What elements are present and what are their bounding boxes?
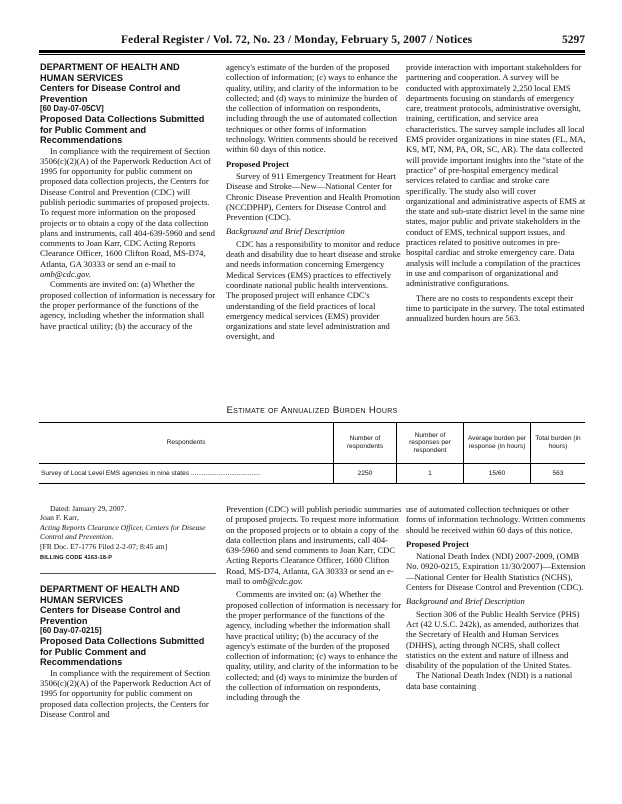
- column-header-respondents: Respondents: [39, 423, 334, 464]
- agency-heading: DEPARTMENT OF HEALTH AND HUMAN SERVICES: [40, 62, 216, 83]
- column-header-number-of-respondents: Number of respondents: [334, 423, 397, 464]
- cell-respondents: Survey of Local Level EMS agencies in ni…: [39, 464, 334, 484]
- cell-responses-per-respondent: 1: [397, 464, 464, 484]
- compliance-paragraph-2-cont: Prevention (CDC) will publish periodic s…: [226, 504, 402, 586]
- docket-number: [60 Day-07-05CV]: [40, 104, 216, 114]
- table-header-row: Respondents Number of respondents Number…: [39, 423, 585, 464]
- cell-number-of-respondents: 2250: [334, 464, 397, 484]
- email-link-2[interactable]: omb@cdc.gov.: [252, 576, 303, 586]
- compliance-paragraph-2: In compliance with the requirement of Se…: [40, 668, 216, 719]
- ndi-paragraph: The National Death Index (NDI) is a nati…: [406, 670, 586, 691]
- subagency-heading-2: Centers for Disease Control and Preventi…: [40, 605, 216, 626]
- costs-paragraph: There are no costs to respondents except…: [406, 293, 586, 324]
- billing-code: BILLING CODE 4163-18-P: [40, 553, 216, 563]
- agency-heading-2: DEPARTMENT OF HEALTH AND HUMAN SERVICES: [40, 584, 216, 605]
- table-title: Estimate of Annualized Burden Hours: [39, 405, 585, 416]
- notice1-column-3: provide interaction with important stake…: [406, 62, 586, 323]
- proposed-project-text: Survey of 911 Emergency Treatment for He…: [226, 171, 402, 222]
- header-rule-thin: [39, 54, 585, 55]
- notice2-column-1: Dated: January 29, 2007. Joan F. Karr, A…: [40, 504, 216, 719]
- notice1-column-1: DEPARTMENT OF HEALTH AND HUMAN SERVICES …: [40, 62, 216, 331]
- background-text-cont: provide interaction with important stake…: [406, 62, 586, 289]
- subagency-heading: Centers for Disease Control and Preventi…: [40, 83, 216, 104]
- comments-paragraph-cont: agency's estimate of the burden of the p…: [226, 62, 402, 155]
- background-text-2: Section 306 of the Public Health Service…: [406, 609, 586, 671]
- burden-hours-table: Respondents Number of respondents Number…: [39, 422, 585, 484]
- cell-total-burden: 563: [531, 464, 586, 484]
- proposed-project-text-2: National Death Index (NDI) 2007-2009, (O…: [406, 551, 586, 592]
- notice-separator: [40, 573, 216, 574]
- background-text: CDC has a responsibility to monitor and …: [226, 239, 402, 342]
- signer-name: Joan F. Karr,: [40, 513, 216, 522]
- notice-title-2: Proposed Data Collections Submitted for …: [40, 636, 216, 668]
- background-heading: Background and Brief Description: [226, 226, 402, 236]
- publication-title: Federal Register / Vol. 72, No. 23 / Mon…: [121, 34, 472, 46]
- column-header-total-burden: Total burden (in hours): [531, 423, 586, 464]
- proposed-project-heading-2: Proposed Project: [406, 539, 586, 549]
- notice-title: Proposed Data Collections Submitted for …: [40, 114, 216, 146]
- fr-doc-line: [FR Doc. E7-1776 Filed 2-2-07; 8:45 am]: [40, 542, 216, 551]
- header-rule-thick: [39, 50, 585, 53]
- comments-paragraph-2: Comments are invited on: (a) Whether the…: [226, 589, 402, 702]
- column-header-responses-per-respondent: Number of responses per respondent: [397, 423, 464, 464]
- signer-title: Acting Reports Clearance Officer, Center…: [40, 523, 216, 542]
- notice2-column-2: Prevention (CDC) will publish periodic s…: [226, 504, 402, 703]
- email-link[interactable]: omb@cdc.gov.: [40, 269, 91, 279]
- proposed-project-heading: Proposed Project: [226, 159, 402, 169]
- compliance-paragraph: In compliance with the requirement of Se…: [40, 146, 216, 280]
- dated-line: Dated: January 29, 2007.: [40, 504, 216, 513]
- comments-paragraph: Comments are invited on: (a) Whether the…: [40, 279, 216, 330]
- background-heading-2: Background and Brief Description: [406, 596, 586, 606]
- notice2-column-3: use of automated collection techniques o…: [406, 504, 586, 691]
- docket-number-2: [60 Day-07-0215]: [40, 626, 216, 636]
- page-number: 5297: [562, 34, 585, 46]
- table-row: Survey of Local Level EMS agencies in ni…: [39, 464, 585, 484]
- column-header-average-burden: Average burden per response (in hours): [464, 423, 531, 464]
- running-header: Federal Register / Vol. 72, No. 23 / Mon…: [39, 30, 585, 52]
- comments-paragraph-2-cont: use of automated collection techniques o…: [406, 504, 586, 535]
- cell-average-burden: 15/60: [464, 464, 531, 484]
- notice1-column-2: agency's estimate of the burden of the p…: [226, 62, 402, 342]
